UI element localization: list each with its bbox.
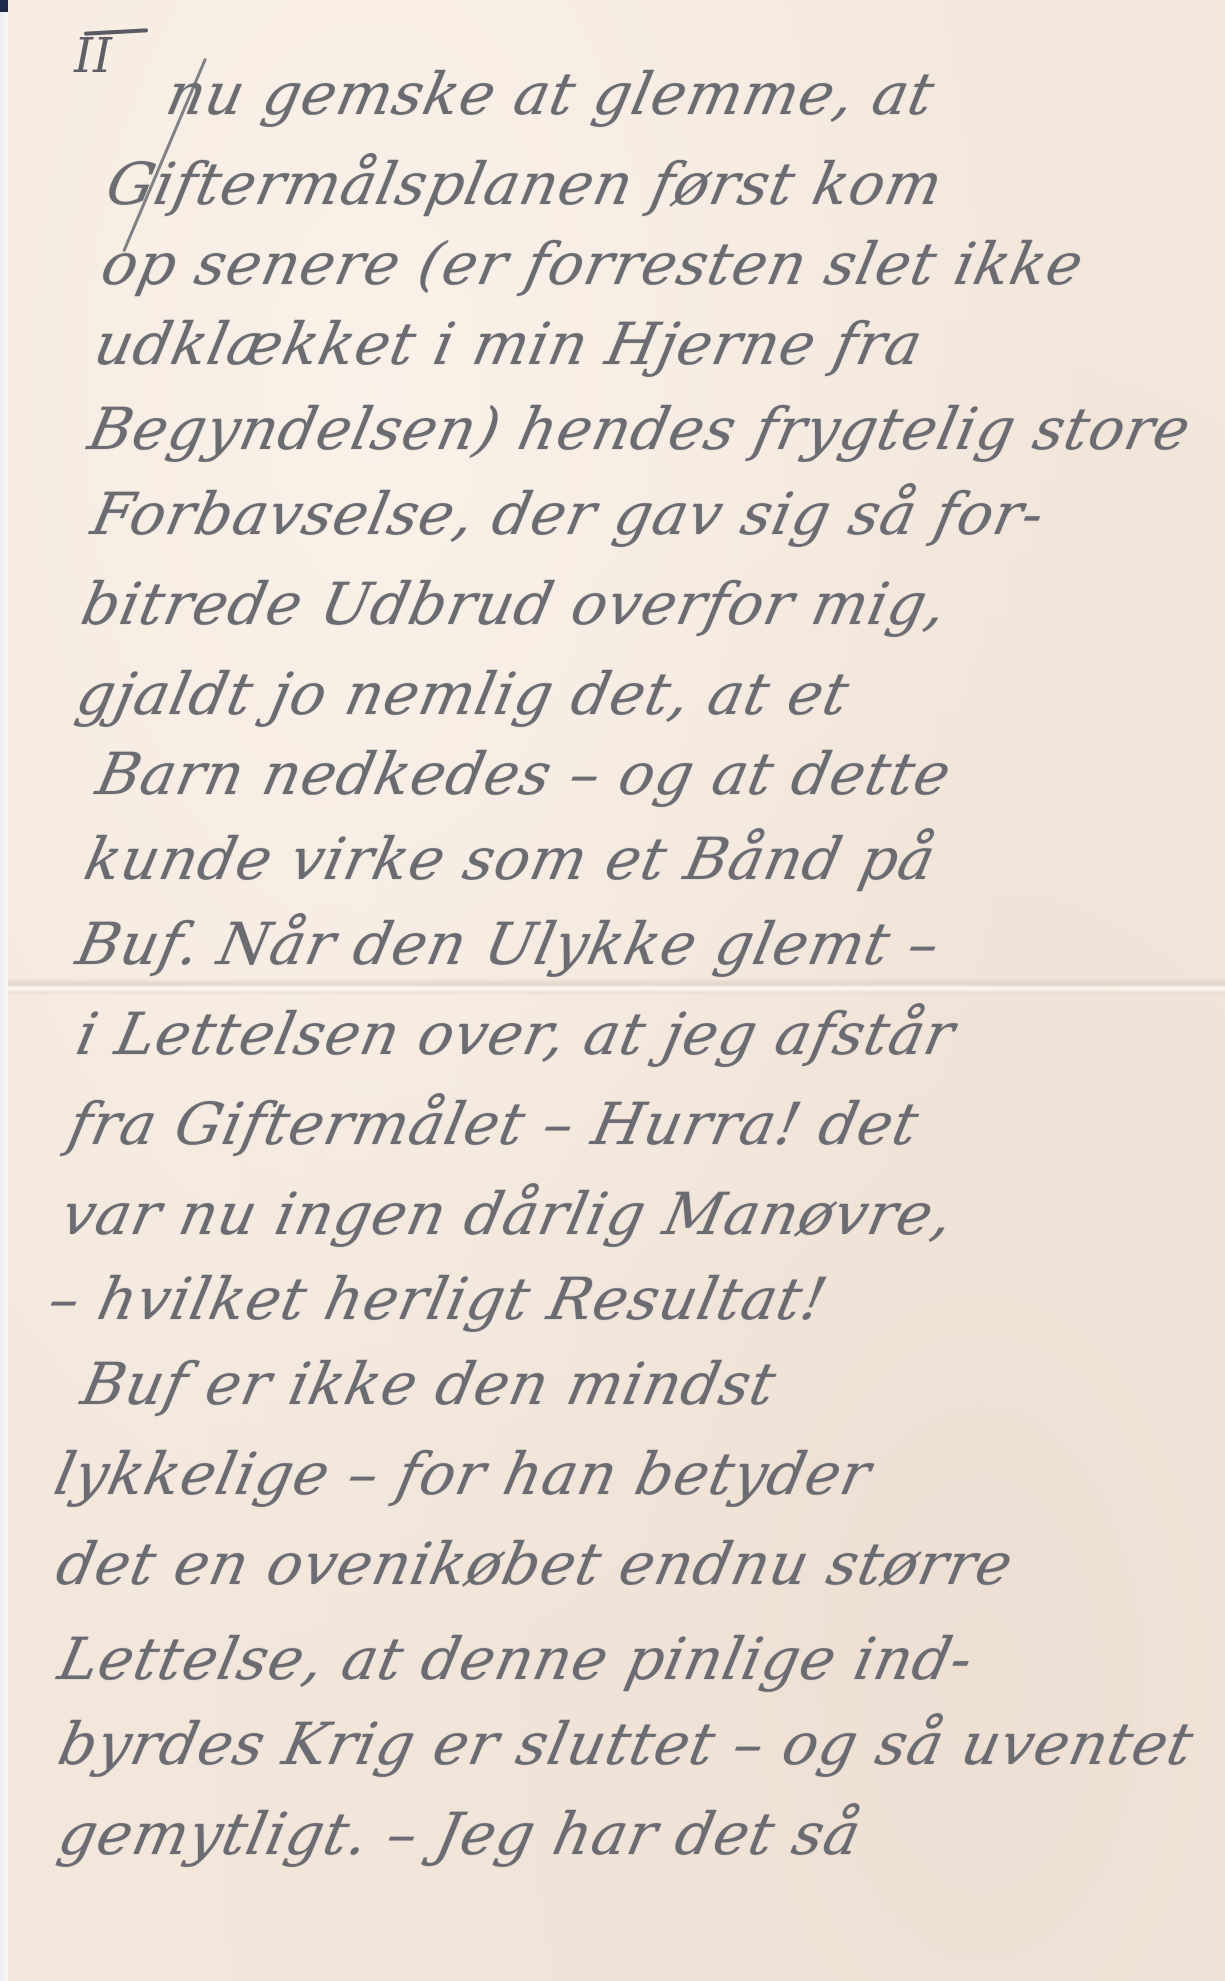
handwritten-line: byrdes Krig er sluttet – og så uventet [53,1710,1200,1778]
handwritten-line: Buf. Når den Ulykke glemt – [71,910,946,978]
handwritten-line: i Lettelsen over, at jeg afstår [71,1000,962,1068]
scan-left-edge [0,0,8,1981]
handwritten-line: – hvilket herligt Resultat! [43,1265,834,1333]
handwritten-line: Giftermålsplanen først kom [101,150,949,218]
scan-edge-mark [0,0,8,12]
handwritten-line: Barn nedkedes – og at dette [91,740,958,808]
handwritten-line: Forbavselse, der gav sig så for- [86,480,1051,548]
handwritten-line: gemytligt. – Jeg har det så [53,1800,868,1868]
handwritten-line: gjaldt jo nemlig det, at et [71,660,856,728]
handwritten-line: var nu ingen dårlig Manøvre, [56,1180,960,1248]
handwritten-line: lykkelige – for han betyder [49,1440,878,1508]
handwritten-text-body: nu gemske at glemme, atGiftermålsplanen … [8,0,1225,1981]
handwritten-line: op senere (er forresten slet ikke [96,230,1090,298]
handwritten-line: det en ovenikøbet endnu større [51,1530,1020,1598]
handwritten-line: Buf er ikke den mindst [76,1350,783,1418]
handwritten-line: Lettelse, at denne pinlige ind- [53,1625,980,1693]
letter-page: II nu gemske at glemme, atGiftermålsplan… [8,0,1225,1981]
handwritten-line: Begyndelsen) hendes frygtelig store [83,395,1197,463]
handwritten-line: kunde virke som et Bånd på [79,825,942,893]
handwritten-line: udklækket i min Hjerne fra [89,310,929,378]
handwritten-line: fra Giftermålet – Hurra! det [63,1090,925,1158]
handwritten-line: bitrede Udbrud overfor mig, [76,570,954,638]
handwritten-line: nu gemske at glemme, at [161,60,941,128]
